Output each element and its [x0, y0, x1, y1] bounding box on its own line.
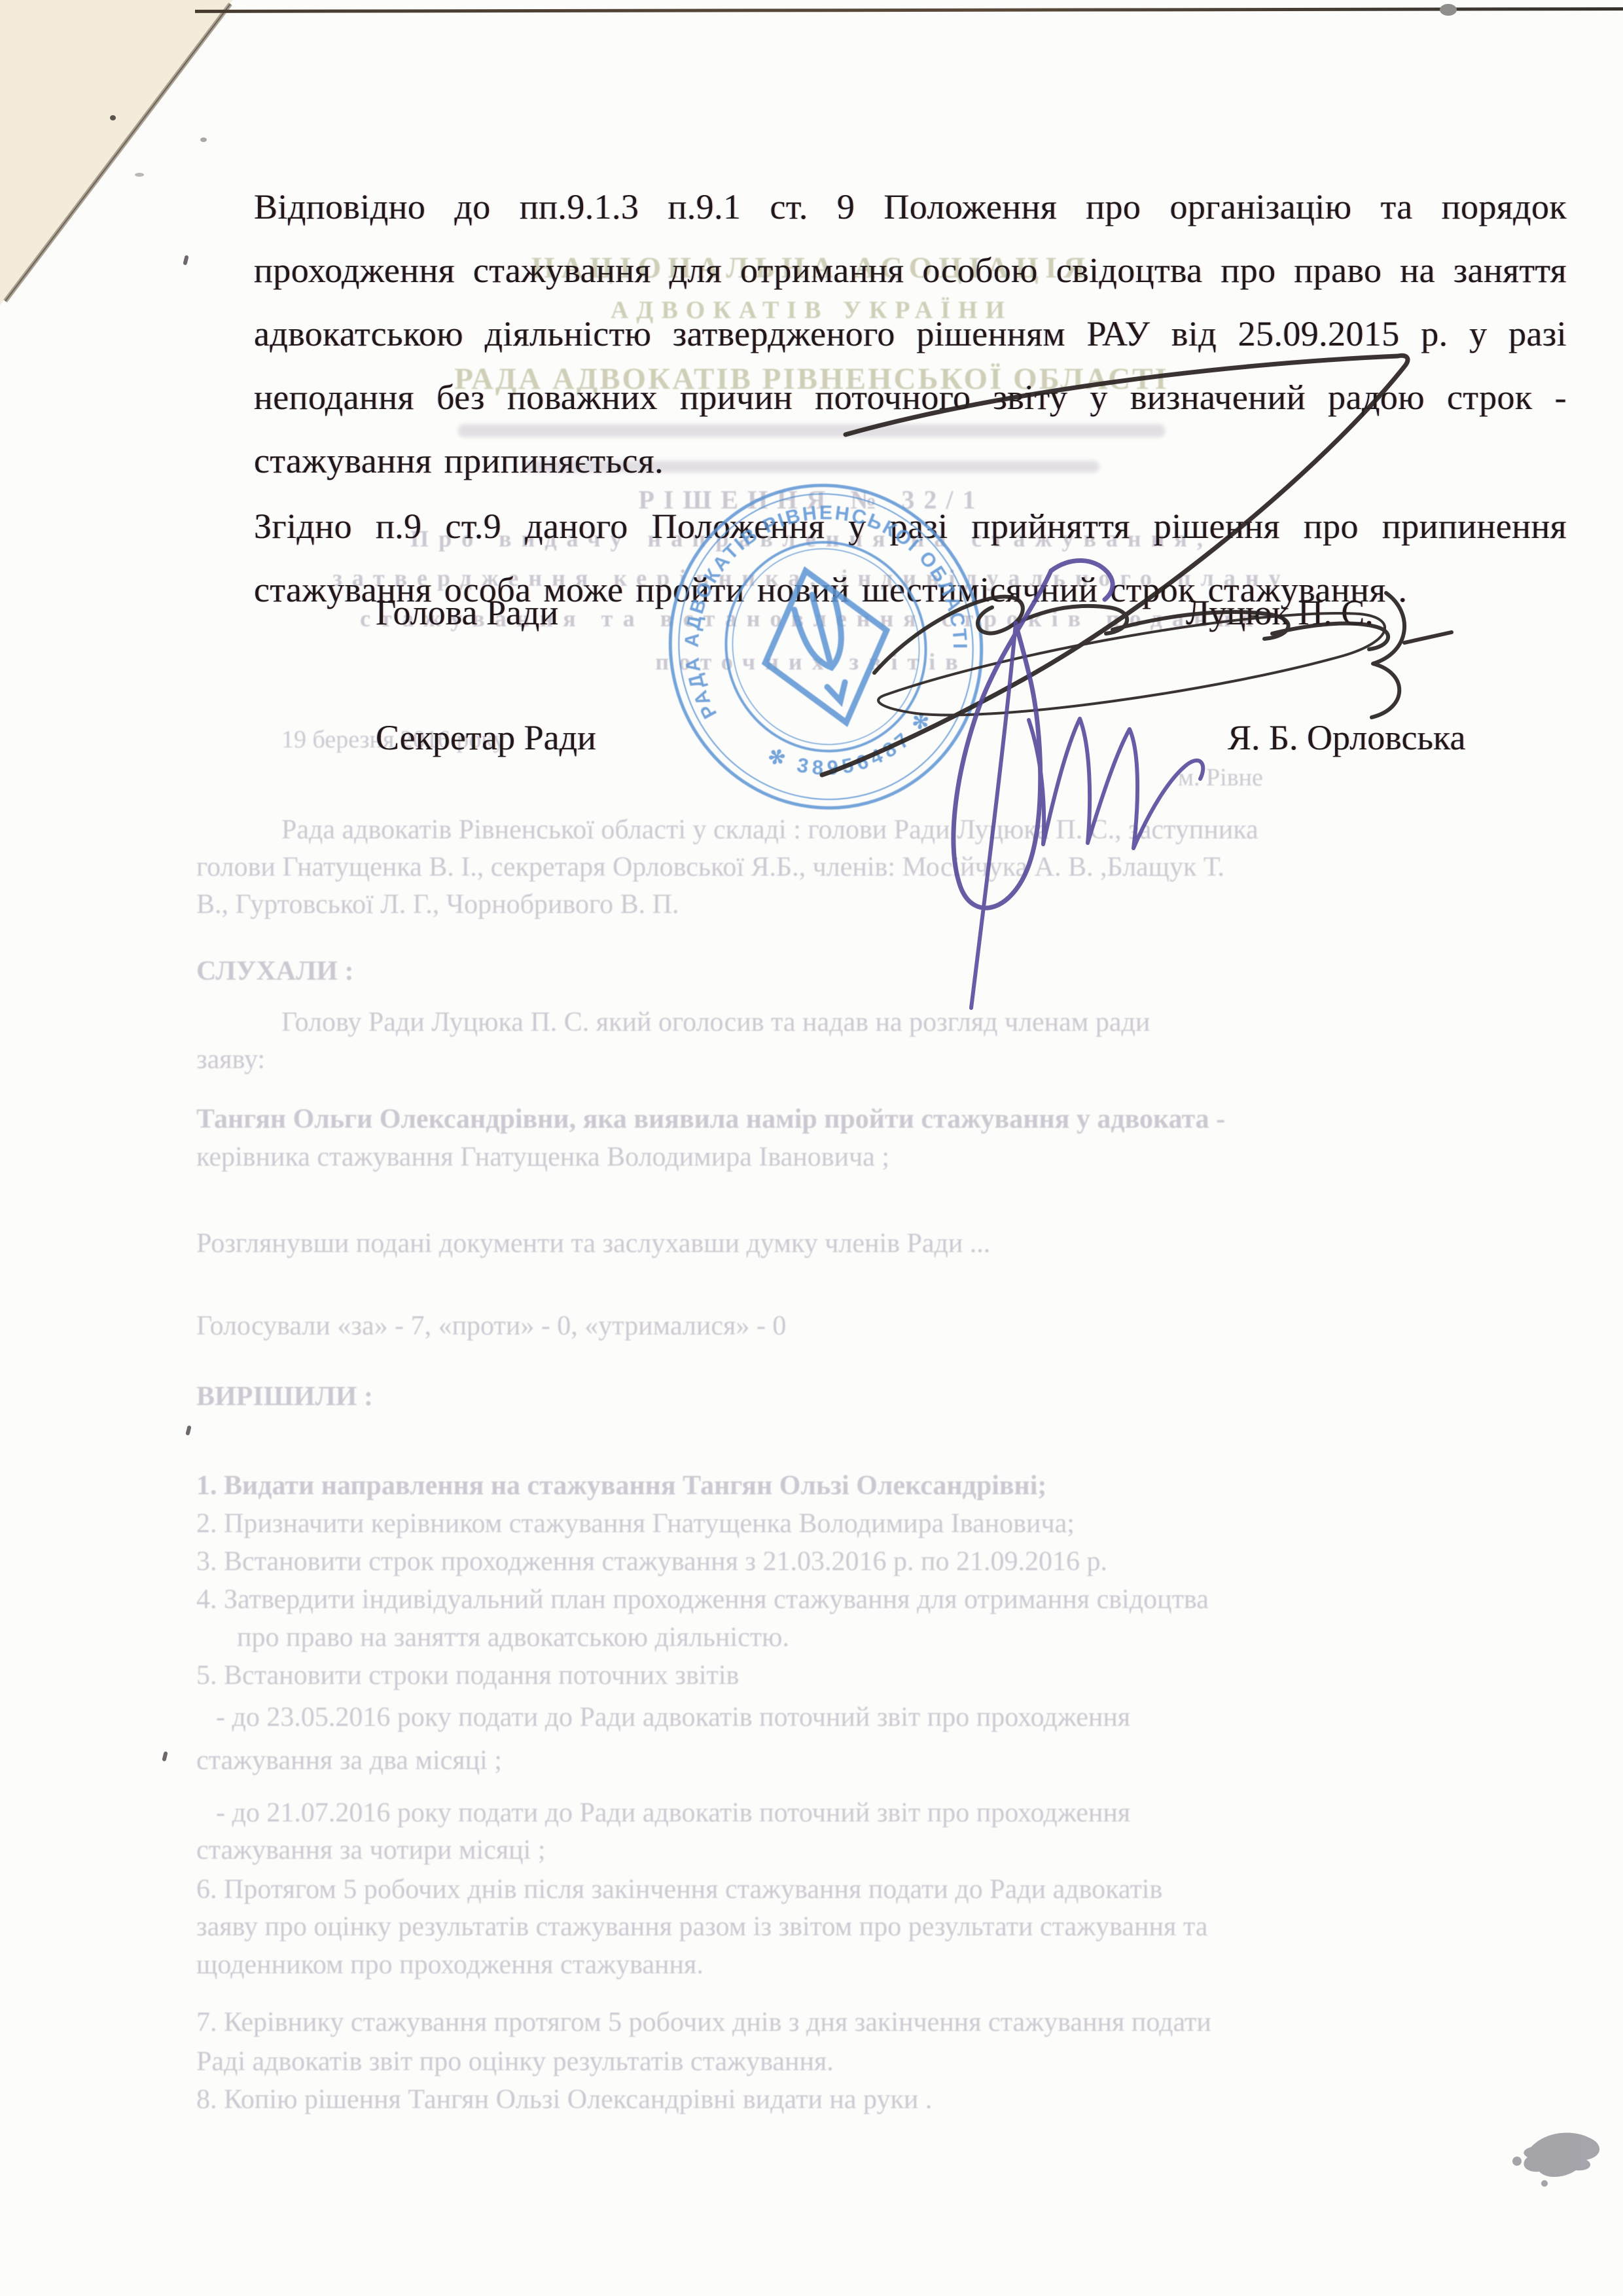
bleedthrough-line: СЛУХАЛИ :: [196, 956, 354, 987]
bleedthrough-line: стажування за два місяці ;: [196, 1745, 502, 1776]
bleedthrough-line: щоденником про проходження стажування.: [196, 1949, 704, 1981]
bleedthrough-line: - до 23.05.2016 року подати до Ради адво…: [216, 1702, 1130, 1733]
bleedthrough-line: - до 21.07.2016 року подати до Ради адво…: [216, 1797, 1130, 1829]
bleedthrough-line: Розглянувши подані документи та заслухав…: [196, 1228, 990, 1259]
bleedthrough-line: Тангян Ольги Олександрівни, яка виявила …: [196, 1103, 1225, 1135]
stamp-ring-text: РАДА АДВОКАТІВ РІВНЕНСЬКОЇ ОБЛАСТІ: [656, 469, 976, 724]
round-stamp: РАДА АДВОКАТІВ РІВНЕНСЬКОЇ ОБЛАСТІ ✻ 389…: [656, 469, 999, 830]
name-secretary-of-council: Я. Б. Орловська: [1228, 717, 1465, 758]
label-head-of-council: Голова Ради: [376, 592, 558, 633]
bleedthrough-line: 2. Призначити керівником стажування Гнат…: [196, 1508, 1075, 1539]
bleedthrough-line: В., Гуртовської Л. Г., Чорнобривого В. П…: [196, 889, 679, 920]
scan-speck: [135, 173, 144, 177]
name-head-of-council: Луцюк П. С.: [1186, 592, 1374, 633]
scan-speck: [200, 137, 207, 142]
bleedthrough-line: про право на заняття адвокатською діяльн…: [237, 1622, 789, 1653]
bleedthrough-line: м. Рівне: [1178, 763, 1263, 792]
bleedthrough-line: керівника стажування Гнатущенка Володими…: [196, 1141, 889, 1173]
bleedthrough-line: Раді адвокатів звіт про оцінку результат…: [196, 2046, 834, 2077]
bleedthrough-line: 8. Копію рішення Тангян Ользі Олександрі…: [196, 2084, 932, 2115]
bleedthrough-line: Голову Ради Луцюка П. С. який оголосив т…: [281, 1007, 1150, 1038]
bleedthrough-line: 5. Встановити строки подання поточних зв…: [196, 1660, 739, 1691]
bleedthrough-line: заяву про оцінку результатів стажування …: [196, 1911, 1207, 1943]
bleedthrough-line: 3. Встановити строк проходження стажуван…: [196, 1546, 1107, 1577]
bleedthrough-line: стажування за чотири місяці ;: [196, 1835, 546, 1866]
bleedthrough-line: заяву:: [196, 1044, 265, 1075]
bleedthrough-line: 7. Керівнику стажування протягом 5 робоч…: [196, 2007, 1211, 2038]
bleedthrough-line: 6. Протягом 5 робочих днів після закінче…: [196, 1874, 1162, 1905]
bleedthrough-line: 1. Видати направлення на стажування Танг…: [196, 1470, 1046, 1501]
bleedthrough-line: 4. Затвердити індивідуальний план проход…: [196, 1584, 1209, 1615]
stamp-number: ✻ 38956487 ✻: [760, 700, 947, 798]
bleedthrough-line: ВИРІШИЛИ :: [196, 1381, 373, 1412]
scan-speck: [110, 115, 116, 120]
bleedthrough-line: Голосували «за» - 7, «проти» - 0, «утрим…: [196, 1310, 786, 1342]
svg-text:РАДА АДВОКАТІВ РІВНЕНСЬКОЇ ОБЛ: РАДА АДВОКАТІВ РІВНЕНСЬКОЇ ОБЛАСТІ: [656, 469, 976, 724]
svg-text:✻ 38956487 ✻: ✻ 38956487 ✻: [760, 700, 947, 798]
paragraph-regulation: Відповідно до пп.9.1.3 п.9.1 ст. 9 Полож…: [254, 175, 1567, 493]
bleedthrough-line: голови Гнатущенка В. І., секретаря Орлов…: [196, 852, 1224, 883]
label-secretary-of-council: Секретар Ради: [376, 717, 596, 758]
scanned-document-page: НАЦІОНАЛЬНА АСОЦІАЦІЯАДВОКАТІВ УКРАЇНИРА…: [0, 0, 1623, 2296]
